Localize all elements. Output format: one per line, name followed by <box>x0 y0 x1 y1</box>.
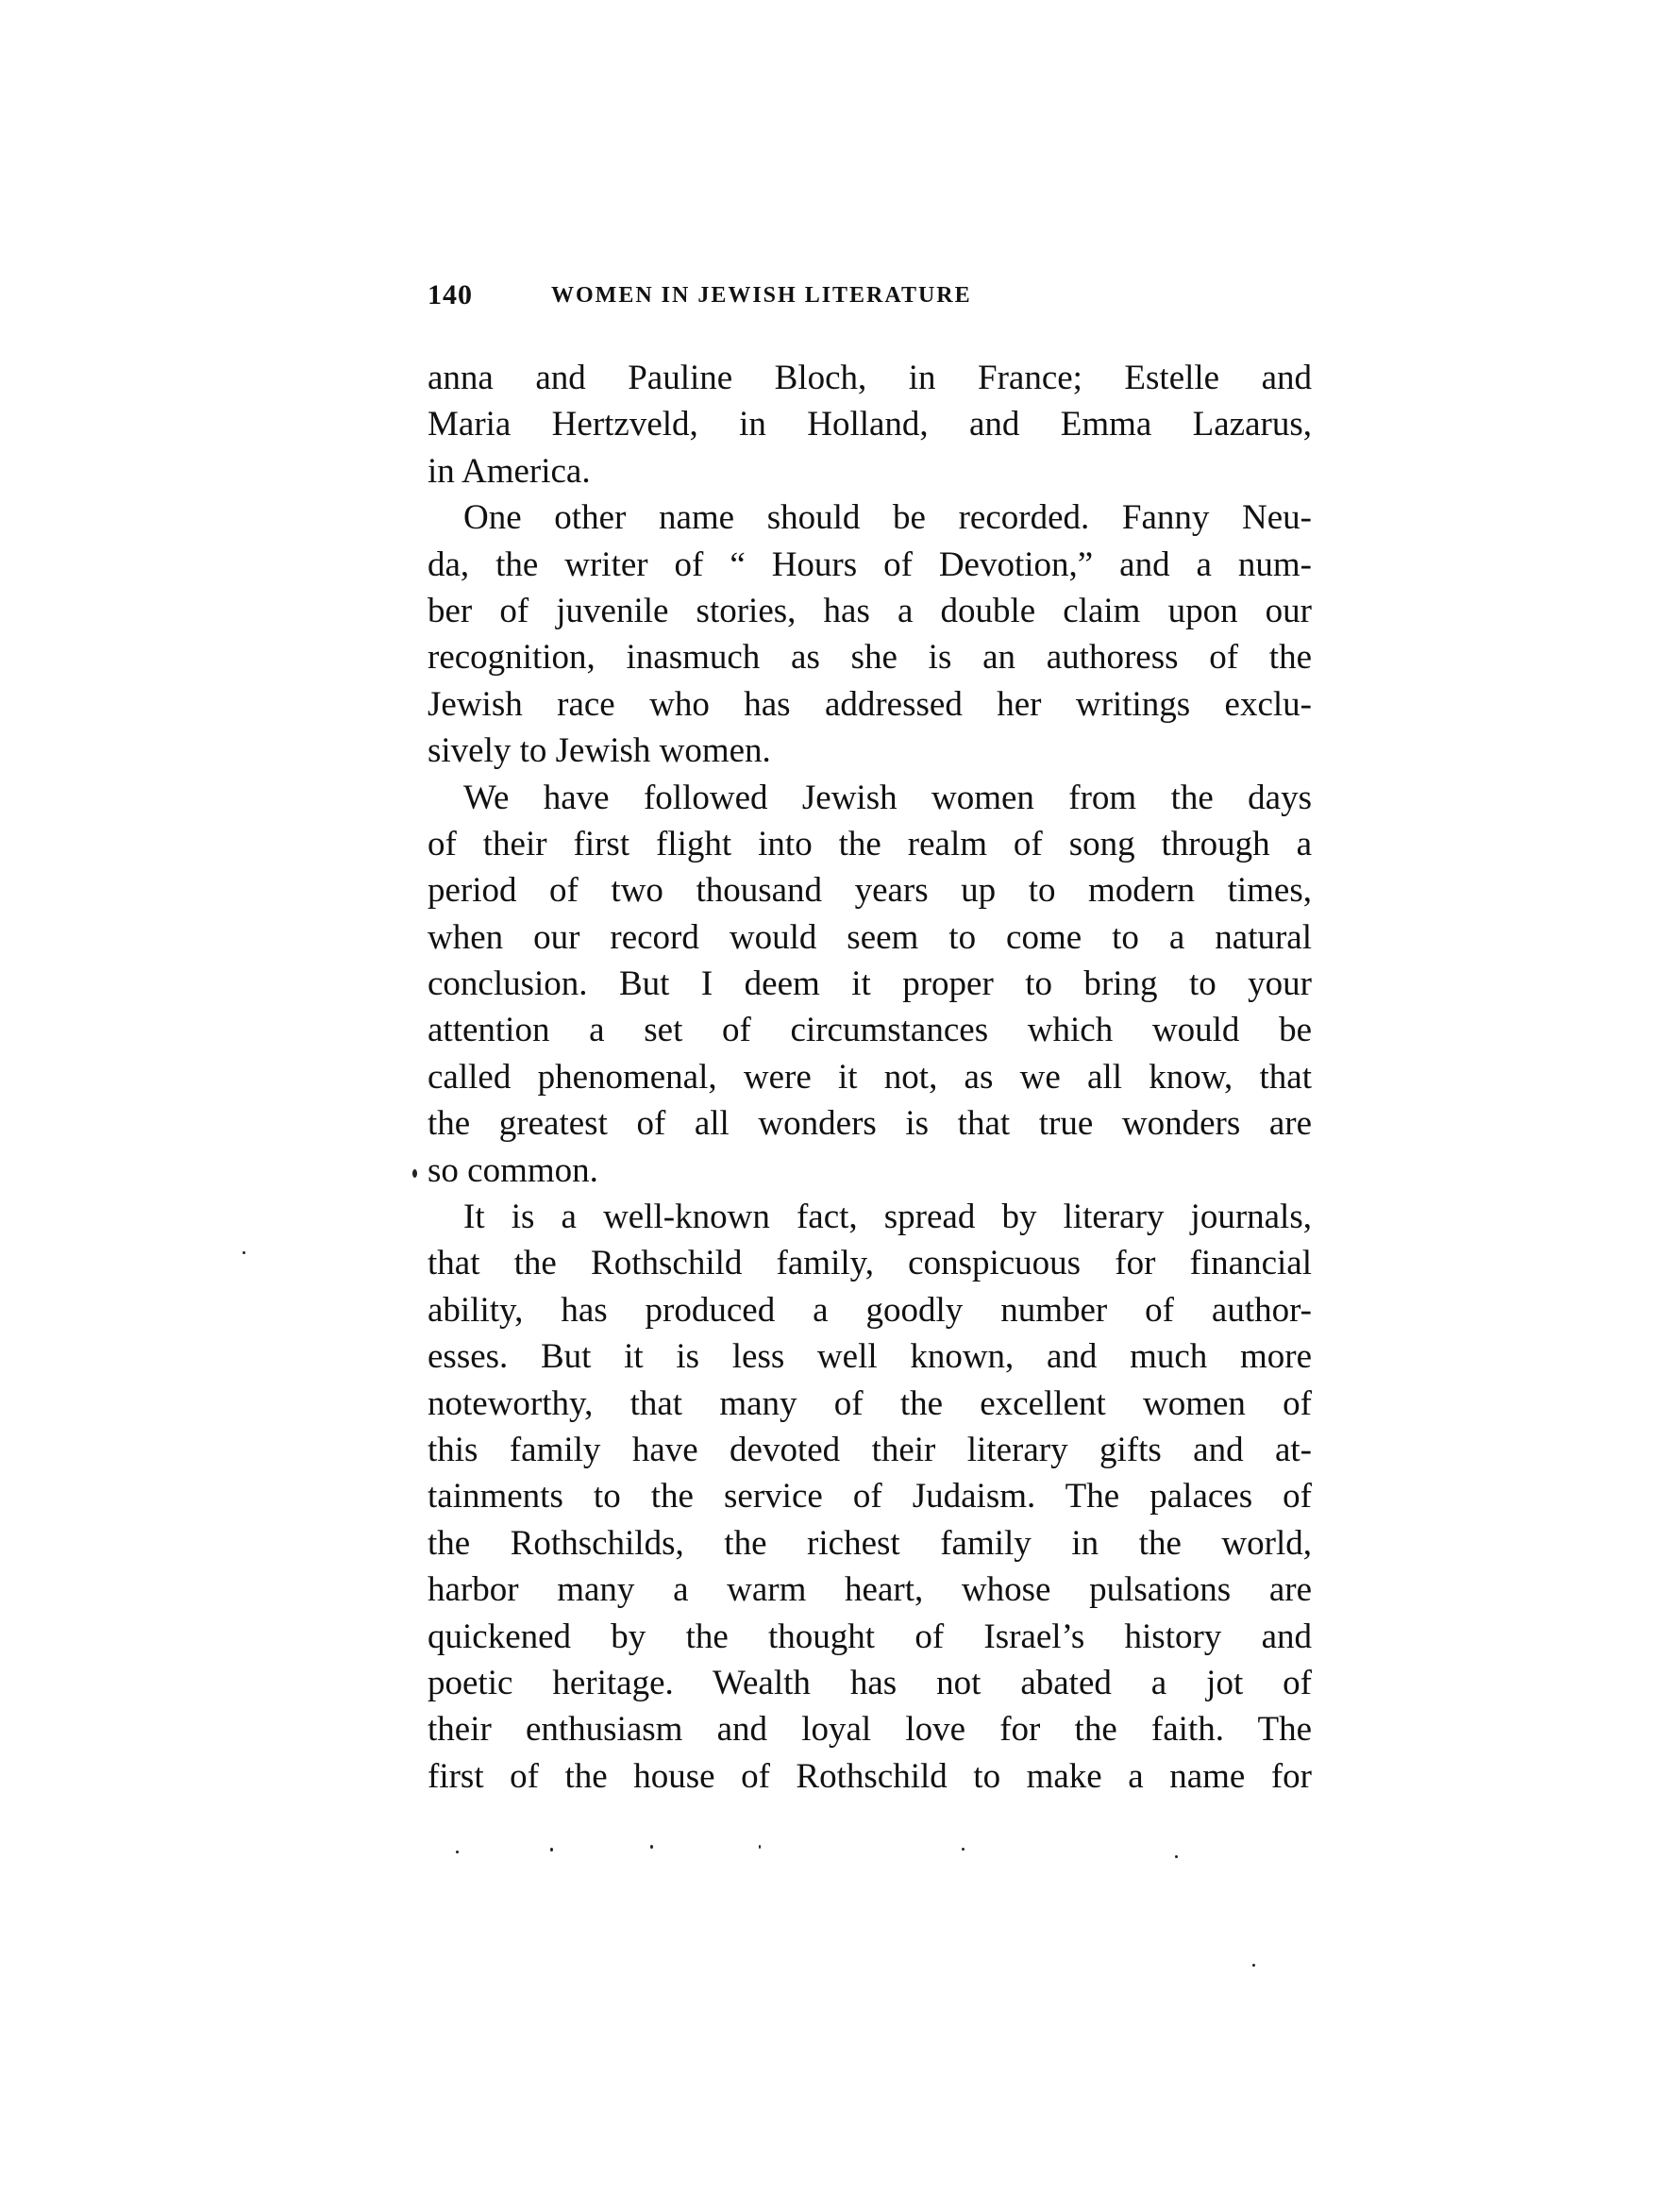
text-line: called phenomenal, were it not, as we al… <box>428 1054 1312 1100</box>
scan-speck <box>650 1845 653 1849</box>
text-line: the greatest of all wonders is that true… <box>428 1100 1312 1147</box>
scan-speck <box>1175 1855 1178 1858</box>
scan-speck <box>243 1251 245 1254</box>
text-line: when our record would seem to come to a … <box>428 914 1312 961</box>
text-line: attention a set of circumstances which w… <box>428 1007 1312 1053</box>
paragraph-start-line: We have followed Jewish women from the d… <box>428 775 1312 821</box>
page-number: 140 <box>428 279 473 311</box>
text-line: ber of juvenile stories, has a double cl… <box>428 588 1312 634</box>
text-line: period of two thousand years up to moder… <box>428 867 1312 913</box>
text-line: Maria Hertzveld, in Holland, and Emma La… <box>428 401 1312 447</box>
text-line: first of the house of Rothschild to make… <box>428 1753 1312 1800</box>
text-line: recognition, inasmuch as she is an autho… <box>428 634 1312 680</box>
paragraph-start-line: It is a well-known fact, spread by liter… <box>428 1194 1312 1240</box>
scan-speck <box>456 1851 459 1853</box>
text-line: in America. <box>428 448 1312 494</box>
text-line: esses. But it is less well known, and mu… <box>428 1333 1312 1380</box>
text-line: so common. <box>428 1148 1312 1194</box>
text-line: ability, has produced a goodly number of… <box>428 1287 1312 1333</box>
running-title: WOMEN IN JEWISH LITERATURE <box>551 283 972 309</box>
book-page: 140 WOMEN IN JEWISH LITERATURE anna and … <box>0 0 1661 2212</box>
text-line: Jewish race who has addressed her writin… <box>428 681 1312 728</box>
text-line: poetic heritage. Wealth has not abated a… <box>428 1660 1312 1706</box>
text-line: the Rothschilds, the richest family in t… <box>428 1520 1312 1567</box>
scan-speck <box>759 1845 761 1849</box>
text-line: tainments to the service of Judaism. The… <box>428 1473 1312 1519</box>
body-text: anna and Pauline Bloch, in France; Estel… <box>428 355 1312 1800</box>
text-line: anna and Pauline Bloch, in France; Estel… <box>428 355 1312 401</box>
running-head: 140 WOMEN IN JEWISH LITERATURE <box>428 279 1315 317</box>
text-line: harbor many a warm heart, whose pulsatio… <box>428 1567 1312 1613</box>
text-line: their enthusiasm and loyal love for the … <box>428 1706 1312 1752</box>
text-line: sively to Jewish women. <box>428 728 1312 774</box>
scan-speck <box>1252 1964 1255 1967</box>
text-line: that the Rothschild family, conspicuous … <box>428 1240 1312 1286</box>
scan-speck <box>550 1848 553 1852</box>
text-line: da, the writer of “ Hours of Devotion,” … <box>428 542 1312 588</box>
text-line: quickened by the thought of Israel’s his… <box>428 1614 1312 1660</box>
text-line: conclusion. But I deem it proper to brin… <box>428 961 1312 1007</box>
text-line: noteworthy, that many of the excellent w… <box>428 1381 1312 1427</box>
scan-speck <box>412 1169 417 1178</box>
text-line: this family have devoted their literary … <box>428 1427 1312 1473</box>
paragraph-start-line: One other name should be recorded. Fanny… <box>428 494 1312 541</box>
text-line: of their first flight into the realm of … <box>428 821 1312 867</box>
scan-speck <box>962 1848 965 1851</box>
